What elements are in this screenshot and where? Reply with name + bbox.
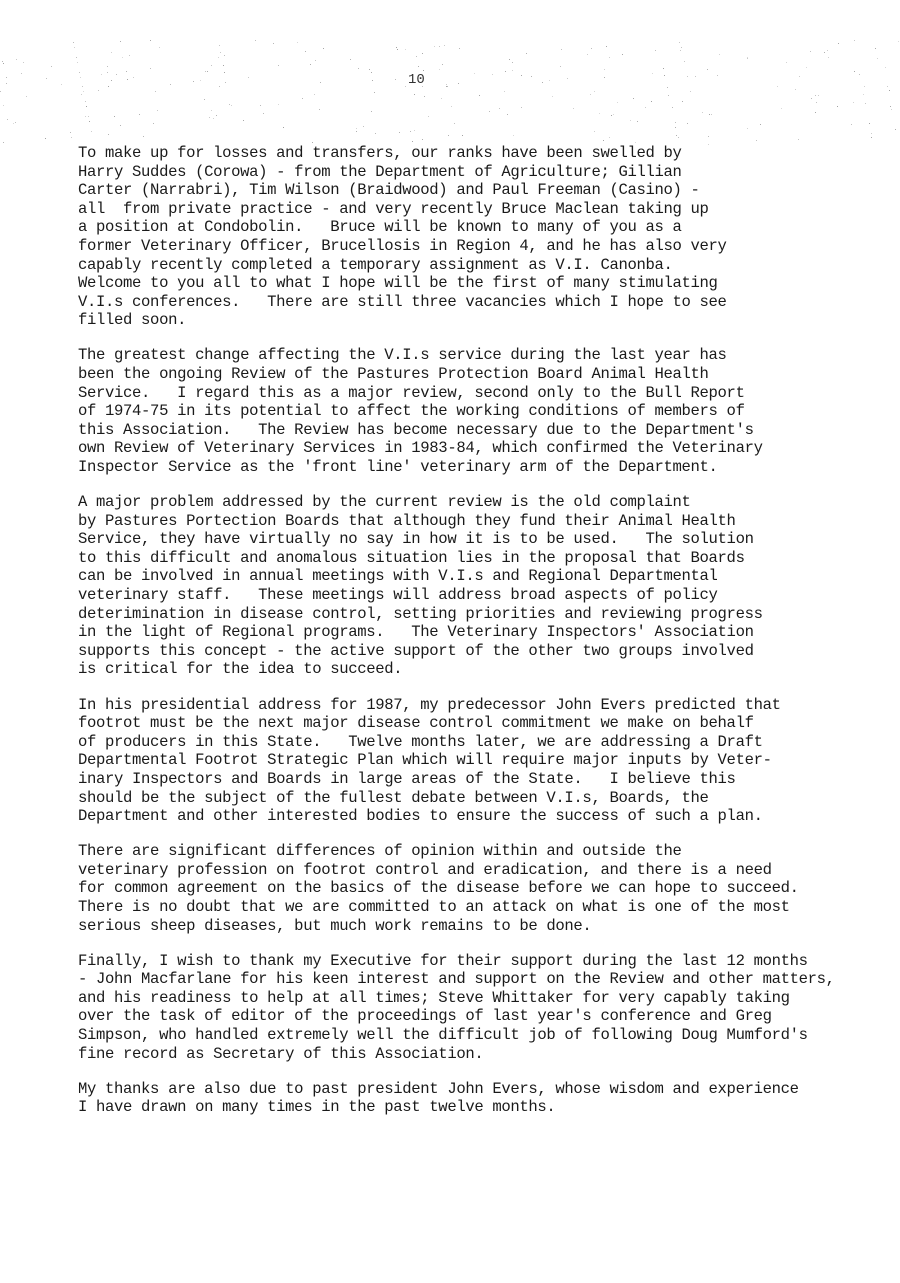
- text-line: by Pastures Portection Boards that altho…: [78, 512, 878, 531]
- text-line: all from private practice - and very rec…: [78, 200, 878, 219]
- text-line: footrot must be the next major disease c…: [78, 714, 878, 733]
- text-line: Department and other interested bodies t…: [78, 807, 878, 826]
- text-line: of producers in this State. Twelve month…: [78, 733, 878, 752]
- text-line: Finally, I wish to thank my Executive fo…: [78, 952, 878, 971]
- text-line: Carter (Narrabri), Tim Wilson (Braidwood…: [78, 181, 878, 200]
- text-line: to this difficult and anomalous situatio…: [78, 549, 878, 568]
- paragraph-review: The greatest change affecting the V.I.s …: [78, 346, 878, 476]
- text-line: In his presidential address for 1987, my…: [78, 696, 878, 715]
- text-line: Inspector Service as the 'front line' ve…: [78, 458, 878, 477]
- text-line: Simpson, who handled extremely well the …: [78, 1026, 878, 1045]
- text-line: of 1974-75 in its potential to affect th…: [78, 402, 878, 421]
- paragraph-thanks-executive: Finally, I wish to thank my Executive fo…: [78, 952, 878, 1064]
- text-line: My thanks are also due to past president…: [78, 1080, 878, 1099]
- text-line: for common agreement on the basics of th…: [78, 879, 878, 898]
- text-line: fine record as Secretary of this Associa…: [78, 1045, 878, 1064]
- text-line: A major problem addressed by the current…: [78, 493, 878, 512]
- text-line: and his readiness to help at all times; …: [78, 989, 878, 1008]
- paragraph-thanks-past-president: My thanks are also due to past president…: [78, 1080, 878, 1117]
- paragraph-differences: There are significant differences of opi…: [78, 842, 878, 935]
- document-body: To make up for losses and transfers, our…: [78, 144, 878, 1133]
- text-line: in the light of Regional programs. The V…: [78, 623, 878, 642]
- text-line: can be involved in annual meetings with …: [78, 567, 878, 586]
- paragraph-new-members: To make up for losses and transfers, our…: [78, 144, 878, 330]
- text-line: Welcome to you all to what I hope will b…: [78, 274, 878, 293]
- text-line: Departmental Footrot Strategic Plan whic…: [78, 751, 878, 770]
- text-line: serious sheep diseases, but much work re…: [78, 917, 878, 936]
- text-line: former Veterinary Officer, Brucellosis i…: [78, 237, 878, 256]
- text-line: veterinary staff. These meetings will ad…: [78, 586, 878, 605]
- text-line: supports this concept - the active suppo…: [78, 642, 878, 661]
- paragraph-major-problem: A major problem addressed by the current…: [78, 493, 878, 679]
- text-line: is critical for the idea to succeed.: [78, 660, 878, 679]
- text-line: own Review of Veterinary Services in 198…: [78, 439, 878, 458]
- document-page: 10 To make up for losses and transfers, …: [0, 0, 900, 1283]
- text-line: There is no doubt that we are committed …: [78, 898, 878, 917]
- text-line: Harry Suddes (Corowa) - from the Departm…: [78, 163, 878, 182]
- paragraph-footrot-plan: In his presidential address for 1987, my…: [78, 696, 878, 826]
- text-line: over the task of editor of the proceedin…: [78, 1007, 878, 1026]
- text-line: been the ongoing Review of the Pastures …: [78, 365, 878, 384]
- text-line: To make up for losses and transfers, our…: [78, 144, 878, 163]
- text-line: this Association. The Review has become …: [78, 421, 878, 440]
- text-line: - John Macfarlane for his keen interest …: [78, 970, 878, 989]
- text-line: Service. I regard this as a major review…: [78, 384, 878, 403]
- text-line: a position at Condobolin. Bruce will be …: [78, 218, 878, 237]
- text-line: There are significant differences of opi…: [78, 842, 878, 861]
- text-line: filled soon.: [78, 311, 878, 330]
- text-line: V.I.s conferences. There are still three…: [78, 293, 878, 312]
- text-line: The greatest change affecting the V.I.s …: [78, 346, 878, 365]
- text-line: capably recently completed a temporary a…: [78, 256, 878, 275]
- text-line: Service, they have virtually no say in h…: [78, 530, 878, 549]
- text-line: veterinary profession on footrot control…: [78, 861, 878, 880]
- text-line: I have drawn on many times in the past t…: [78, 1098, 878, 1117]
- text-line: inary Inspectors and Boards in large are…: [78, 770, 878, 789]
- text-line: should be the subject of the fullest deb…: [78, 789, 878, 808]
- text-line: deterimination in disease control, setti…: [78, 605, 878, 624]
